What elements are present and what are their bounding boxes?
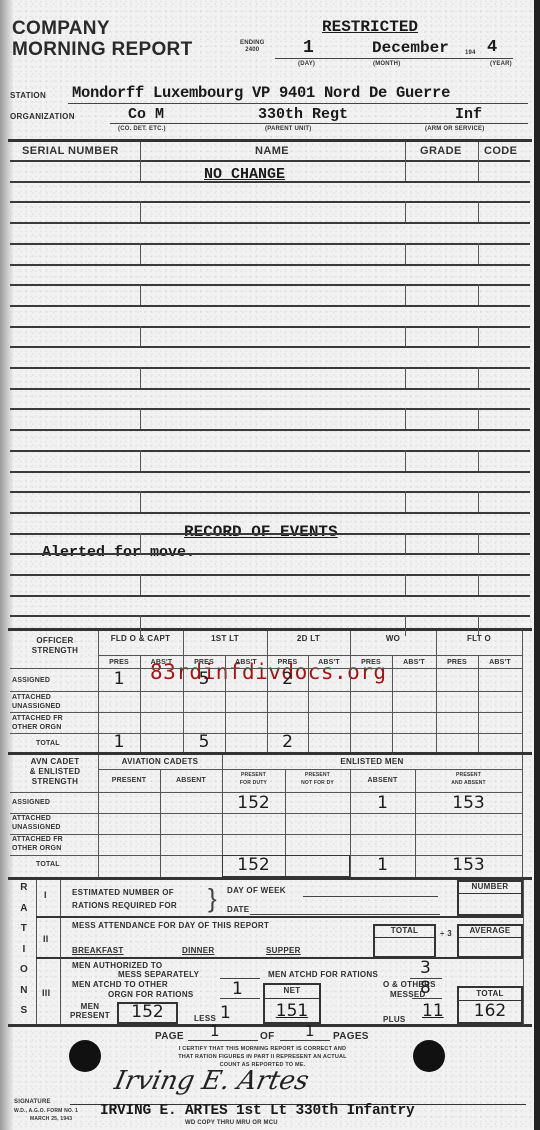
morning-report-document: COMPANY MORNING REPORT RESTRICTED ENDING… [0, 0, 540, 1130]
pages-label: PAGES [333, 1031, 369, 1042]
enlisted-strength-label-3: STRENGTH [12, 777, 98, 787]
officer-cell-value: 5 [183, 669, 225, 689]
enlisted-cell-value: 1 [350, 793, 415, 813]
officer-group-header: FLT O [436, 634, 522, 643]
org-arm: Inf [455, 106, 482, 123]
col-header-grade: GRADE [420, 145, 462, 157]
organization-label: ORGANIZATION [10, 112, 75, 121]
officer-subheader: ABS'T [140, 659, 183, 666]
column-divider [405, 201, 406, 222]
column-divider [478, 450, 479, 471]
aviation-cadets-header: AVIATION CADETS [98, 757, 222, 766]
row-label-1: TOTAL [36, 860, 122, 869]
officers-others-line [412, 998, 442, 999]
net-value: 151 [263, 1001, 321, 1021]
column-divider [405, 533, 406, 554]
rations-section-bottom [8, 1024, 532, 1027]
row-label-2: UNASSIGNED [12, 823, 98, 832]
rations-i-label-1: ESTIMATED NUMBER OF [72, 886, 177, 899]
officer-strength-label-2: STRENGTH [12, 646, 98, 656]
officers-others-value: 8 [420, 978, 431, 998]
row-label-1: ATTACHED FR [12, 835, 98, 844]
row-label-1: ATTACHED [12, 814, 98, 823]
men-present-label: MEN PRESENT [64, 1002, 116, 1020]
ruled-line [10, 264, 530, 266]
rations-side-letter: A [12, 903, 36, 914]
column-divider [405, 160, 406, 181]
enlisted-subheader-line [98, 769, 522, 770]
mess-total-label: TOTAL [373, 926, 436, 935]
rations-ii-numeral: II [43, 934, 49, 944]
form-number: W.D., A.G.O. FORM NO. 1 [14, 1108, 78, 1114]
section-divider [8, 139, 532, 142]
rations-i-label-2: RATIONS REQUIRED FOR [72, 899, 177, 912]
column-divider [140, 160, 141, 181]
row-label-2: OTHER ORGN [12, 844, 98, 853]
ruled-line [10, 284, 530, 286]
page-value: 1 [210, 1022, 220, 1040]
page-label: PAGE [155, 1031, 184, 1042]
rations-number-label: NUMBER [457, 882, 523, 891]
officer-strength-label-1: OFFICER [12, 636, 98, 646]
column-divider [405, 284, 406, 305]
officer-subheader: PRES [436, 659, 478, 666]
col-header-name: NAME [255, 145, 289, 157]
column-divider [478, 160, 479, 181]
station-label: STATION [10, 91, 46, 100]
binder-hole-left [69, 1040, 101, 1072]
ruled-line [10, 408, 530, 410]
certify-line-1: I CERTIFY THAT THIS MORNING REPORT IS CO… [130, 1045, 395, 1053]
officer-row-label: ATTACHED FROTHER ORGN [12, 714, 98, 732]
net-box-divider [265, 998, 319, 999]
men-atchd-other-label-2: ORGN FOR RATIONS [108, 990, 194, 999]
year-prefix: 194 [465, 50, 476, 56]
rations-numeral-divider [60, 880, 61, 1025]
officer-strength-label: OFFICER STRENGTH [12, 636, 98, 656]
column-divider [478, 408, 479, 429]
enlisted-col-divider [160, 769, 161, 877]
rations-side-letter: N [12, 985, 36, 996]
column-divider [140, 284, 141, 305]
ruled-line [10, 491, 530, 493]
officer-header-bottom [10, 668, 522, 669]
enlisted-strength-label-2: & ENLISTED [12, 767, 98, 777]
ruled-line [10, 201, 530, 203]
officer-col-divider [478, 656, 479, 752]
enlisted-cell-value: 152 [222, 793, 285, 813]
classification-stamp: RESTRICTED [322, 18, 418, 36]
plus-label: PLUS [383, 1015, 406, 1024]
ending-label: ENDING 2400 [240, 40, 265, 54]
officer-col-divider [522, 631, 523, 752]
column-divider [140, 574, 141, 595]
officer-row-line [10, 712, 522, 713]
enlisted-strength-label: AVN CADET & ENLISTED STRENGTH [12, 757, 98, 787]
column-divider [405, 450, 406, 471]
form-date: MARCH 25, 1943 [30, 1116, 72, 1122]
col-header-line-2: FOR DUTY [222, 779, 285, 787]
officer-row-label: ATTACHEDUNASSIGNED [12, 693, 98, 711]
officer-cell-value: 1 [98, 669, 140, 689]
rations-ii-breakfast: BREAKFAST [72, 946, 124, 955]
column-divider [478, 615, 479, 636]
org-company: Co M [128, 106, 164, 123]
name-col-divider [405, 142, 406, 162]
officer-section-top [8, 628, 532, 631]
ruled-line [10, 367, 530, 369]
enlisted-cell-value: 153 [415, 855, 522, 875]
row-label-1: ATTACHED [12, 693, 98, 702]
enlisted-col-header: ABSENT [350, 777, 415, 785]
men-authorized-label-1: MEN AUTHORIZED TO [72, 961, 162, 970]
ruled-line [10, 305, 530, 307]
men-atchd-other-label-1: MEN ATCHD TO OTHER [72, 980, 168, 989]
report-year: 4 [487, 38, 497, 57]
day-caption: (DAY) [298, 61, 315, 67]
officer-subheader: ABS'T [392, 659, 436, 666]
officer-group-header: 2D LT [267, 634, 350, 643]
officer-group-header: FLD O & CAPT [98, 634, 183, 643]
form-title-line1: COMPANY [12, 19, 110, 39]
enlisted-strength-label-1: AVN CADET [12, 757, 98, 767]
ruled-line [10, 160, 530, 162]
row-label-2: UNASSIGNED [12, 702, 98, 711]
ruled-line [10, 429, 530, 431]
station-value: Mondorff Luxembourg VP 9401 Nord De Guer… [72, 84, 450, 102]
enlisted-cell-value: 152 [222, 855, 285, 875]
org-company-caption: (CO. DET. ETC.) [118, 126, 166, 132]
of-label: OF [260, 1031, 275, 1042]
rations-i-date: DATE [227, 905, 249, 914]
officer-group-header: WO [350, 634, 436, 643]
row-label-1: ASSIGNED [12, 676, 98, 685]
ruled-line [10, 450, 530, 452]
rations-i-bottom [36, 916, 524, 918]
officer-group-header: 1ST LT [183, 634, 267, 643]
officer-row-line [10, 691, 522, 692]
column-divider [140, 533, 141, 554]
ruled-line [10, 512, 530, 514]
officer-row-label: ASSIGNED [12, 676, 98, 685]
report-month: December [372, 39, 449, 57]
ruled-line [10, 181, 530, 183]
organization-underline [110, 123, 528, 124]
column-divider [478, 491, 479, 512]
record-of-events-heading: RECORD OF EVENTS [184, 523, 338, 541]
rations-i-numeral: I [44, 890, 47, 900]
col-header-line-1: PRESENT [415, 771, 522, 779]
ruled-line [10, 243, 530, 245]
enlisted-right-border [522, 755, 523, 877]
enlisted-cell-value: 153 [415, 793, 522, 813]
column-divider [478, 574, 479, 595]
rations-side-letter: R [12, 882, 36, 893]
officer-subheader: ABS'T [308, 659, 350, 666]
column-divider [140, 367, 141, 388]
rations-i-brace: } [208, 883, 217, 913]
officer-row-line [10, 733, 522, 734]
men-authorized-label-2: MESS SEPARATELY [118, 970, 199, 979]
rations-ii-label: MESS ATTENDANCE FOR DAY OF THIS REPORT [72, 921, 269, 930]
column-divider [140, 201, 141, 222]
day-of-week-line [303, 896, 438, 897]
certify-line-2: THAT RATION FIGURES IN PART II REPRESENT… [130, 1053, 395, 1061]
ruled-line [10, 553, 530, 555]
ruled-line [10, 388, 530, 390]
number-box-divider [459, 893, 521, 894]
column-divider [405, 574, 406, 595]
net-label: NET [263, 986, 321, 995]
col-header-line-1: PRESENT [222, 771, 285, 779]
enlisted-col-divider [98, 755, 99, 877]
ruled-line [10, 471, 530, 473]
station-underline [68, 103, 528, 104]
column-divider [478, 326, 479, 347]
cadets-present-header: PRESENT [98, 777, 160, 784]
wd-copy-note: WD COPY THRU MRU OR MCU [185, 1120, 278, 1126]
binder-hole-right [413, 1040, 445, 1072]
ruled-line [10, 533, 530, 535]
rations-side-letter: O [12, 964, 36, 975]
rations-side-letter: T [12, 923, 36, 934]
org-arm-caption: (ARM OR SERVICE) [425, 126, 484, 132]
officer-subheader: PRES [183, 659, 225, 666]
officer-subheader: ABS'T [225, 659, 267, 666]
enlisted-col-header: PRESENTAND ABSENT [415, 771, 522, 787]
officer-subheader-line [98, 655, 522, 656]
rations-side-divider [36, 880, 37, 1025]
officer-cell-value: 1 [98, 732, 140, 752]
column-divider [405, 243, 406, 264]
column-divider [478, 533, 479, 554]
page-line [188, 1040, 258, 1041]
men-atchd-other-value: 1 [232, 979, 243, 999]
ending-label-1: ENDING [240, 40, 265, 47]
officer-subheader: PRES [98, 659, 140, 666]
column-divider [478, 367, 479, 388]
scan-right-edge [534, 0, 540, 1130]
column-divider [478, 284, 479, 305]
row-label-1: ATTACHED FR [12, 714, 98, 723]
rations-ii-supper: SUPPER [266, 946, 301, 955]
enlisted-col-header: PRESENTNOT FOR DY [285, 771, 350, 787]
handwritten-signature: Irving E. Artes [112, 1066, 312, 1096]
col-header-code: CODE [484, 145, 517, 157]
column-divider [140, 450, 141, 471]
rations-iii-numeral: III [42, 988, 50, 998]
column-divider [478, 201, 479, 222]
month-caption: (MONTH) [373, 61, 400, 67]
officer-subheader: PRES [267, 659, 308, 666]
column-divider [140, 615, 141, 636]
ruled-line [10, 615, 530, 617]
pages-value: 1 [305, 1022, 315, 1040]
grade-col-divider [478, 142, 479, 162]
enlisted-row-label: ATTACHEDUNASSIGNED [12, 814, 98, 832]
serial-col-divider [140, 142, 141, 162]
column-divider [405, 408, 406, 429]
date-line [250, 914, 440, 915]
enlisted-cell-value: 1 [350, 855, 415, 875]
officer-col-divider [225, 656, 226, 752]
officer-col-divider [140, 656, 141, 752]
ruled-line [10, 326, 530, 328]
col-header-line-2: NOT FOR DY [285, 779, 350, 787]
row-label-1: ASSIGNED [12, 798, 98, 807]
enlisted-section-top [8, 752, 532, 755]
officer-cell-value: 2 [267, 732, 308, 752]
rations-total-label: TOTAL [457, 989, 523, 998]
enlisted-row-label: TOTAL [36, 860, 122, 869]
col-header-serial-number: SERIAL NUMBER [22, 145, 119, 157]
form-title-line2: MORNING REPORT [12, 40, 192, 60]
pages-line [280, 1040, 330, 1041]
year-caption: (YEAR) [490, 61, 512, 67]
men-present-label-1: MEN [64, 1002, 116, 1011]
ruled-line [10, 574, 530, 576]
enlisted-row-label: ATTACHED FROTHER ORGN [12, 835, 98, 853]
rations-i-day-of-week: DAY OF WEEK [227, 886, 286, 895]
rations-side-letter: S [12, 1005, 36, 1016]
column-divider [405, 326, 406, 347]
cadets-absent-header: ABSENT [160, 777, 222, 784]
ruled-line [10, 222, 530, 224]
officer-col-divider [308, 656, 309, 752]
enlisted-men-header: ENLISTED MEN [222, 757, 522, 766]
officer-cell-value: 2 [267, 669, 308, 689]
column-divider [140, 491, 141, 512]
ruled-line [10, 346, 530, 348]
officer-subheader: PRES [350, 659, 392, 666]
org-parent-unit: 330th Regt [258, 106, 348, 123]
signer-typed-name: IRVING E. ARTES 1st Lt 330th Infantry [100, 1103, 415, 1119]
rations-right-border [523, 880, 524, 1025]
ending-label-2: 2400 [240, 47, 265, 54]
col-header-line-1: PRESENT [285, 771, 350, 779]
divide-by-three: ÷ 3 [438, 929, 454, 939]
mess-total-divider [375, 937, 434, 938]
plus-value: 11 [422, 1001, 444, 1021]
col-header-line-1: ABSENT [350, 777, 415, 785]
officer-cell-value: 5 [183, 732, 225, 752]
rations-total-value: 162 [457, 1001, 523, 1021]
column-divider [140, 326, 141, 347]
column-divider [405, 615, 406, 636]
less-value: 1 [220, 1003, 231, 1023]
mess-average-divider [459, 937, 521, 938]
column-divider [140, 408, 141, 429]
ruled-line [10, 595, 530, 597]
rations-side-letter: I [12, 944, 36, 955]
officer-col-divider [392, 656, 393, 752]
row-label-2: OTHER ORGN [12, 723, 98, 732]
men-atchd-for-rations-value: 3 [420, 958, 431, 978]
rations-section-top [8, 877, 532, 880]
men-atchd-for-rations-label: MEN ATCHD FOR RATIONS [268, 970, 378, 979]
org-parent-caption: (PARENT UNIT) [265, 126, 311, 132]
mess-average-label: AVERAGE [457, 926, 523, 935]
men-present-label-2: PRESENT [64, 1011, 116, 1020]
scan-left-edge [0, 0, 14, 1130]
signature-label: SIGNATURE [14, 1099, 51, 1105]
column-divider [405, 491, 406, 512]
column-divider [478, 243, 479, 264]
rations-i-label: ESTIMATED NUMBER OF RATIONS REQUIRED FOR [72, 886, 177, 912]
officer-subheader: ABS'T [478, 659, 522, 666]
report-day: 1 [303, 38, 314, 58]
men-present-value: 152 [117, 1002, 178, 1022]
rations-ii-bottom [36, 957, 524, 959]
column-divider [405, 367, 406, 388]
date-underline [275, 58, 513, 59]
col-header-line-2: AND ABSENT [415, 779, 522, 787]
enlisted-row-label: ASSIGNED [12, 798, 98, 807]
column-divider [140, 243, 141, 264]
rations-ii-dinner: DINNER [182, 946, 214, 955]
enlisted-col-header: PRESENTFOR DUTY [222, 771, 285, 787]
